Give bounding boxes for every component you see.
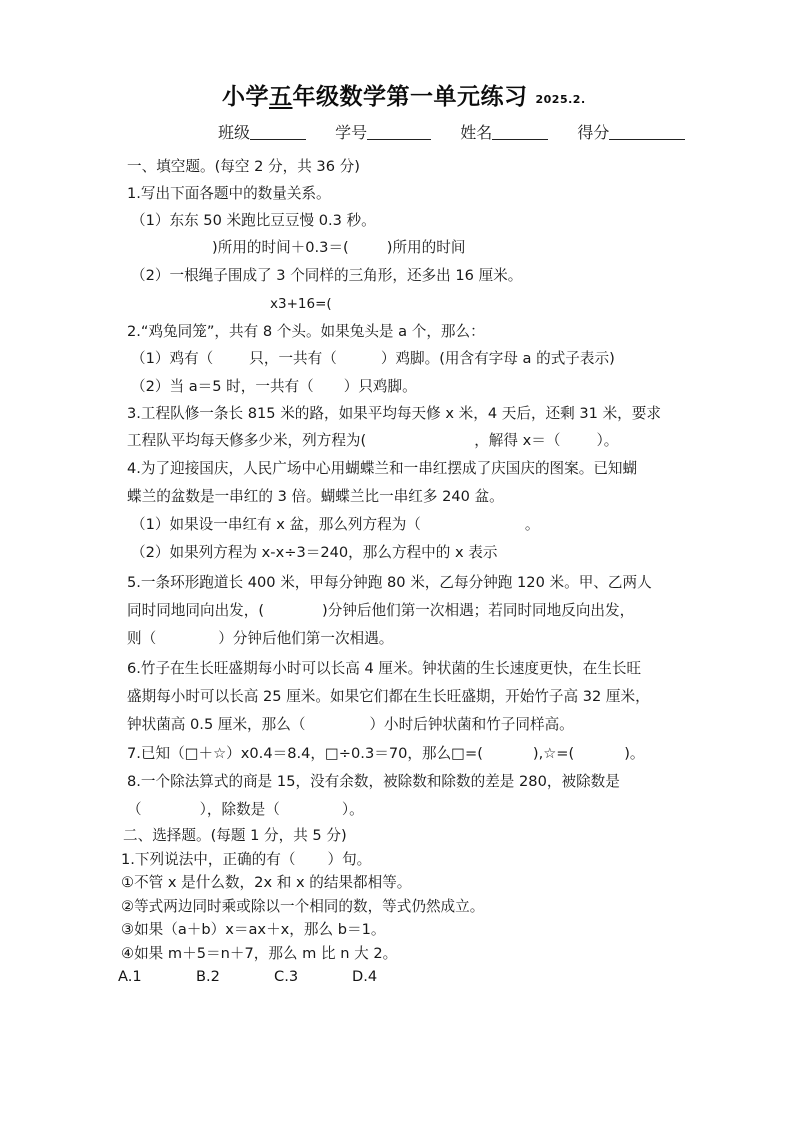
- statement-1: ①不管 x 是什么数，2x 和 x 的结果都相等。: [121, 873, 411, 893]
- title-part: 年级数学第一单元练习: [293, 84, 528, 110]
- q2-sub1: （1）鸡有（只，一共有（）鸡脚。(用含有字母 a 的式子表示): [131, 349, 615, 369]
- score-field[interactable]: 得分: [577, 120, 685, 143]
- text-part: 。: [525, 516, 540, 533]
- option-c[interactable]: C.3: [274, 968, 352, 985]
- q3-line2: 工程队平均每天修多少米，列方程为(，解得 x＝（）。: [127, 431, 618, 451]
- q8-line1: 8.一个除法算式的商是 15，没有余数，被除数和除数的差是 280，被除数是: [127, 772, 620, 792]
- text-part: （1）如果设一串红有 x 盆，那么列方程为（: [131, 516, 421, 533]
- q6-line2: 盛期每小时可以长高 25 厘米。如果它们都在生长旺盛期，开始竹子高 32 厘米，: [127, 687, 650, 707]
- page-title: 小学五年级数学第一单元练习2025.2.: [222, 78, 586, 111]
- text-part: 只，一共有（: [249, 350, 337, 367]
- text-part: ）小时后钟状菌和竹子同样高。: [369, 716, 573, 733]
- q4-line2: 蝶兰的盆数是一串红的 3 倍。蝴蝶兰比一串红多 240 盆。: [127, 487, 504, 507]
- q1-sub2: （2）一根绳子围成了 3 个同样的三角形，还多出 16 厘米。: [131, 266, 522, 286]
- text-part: 钟状菌高 0.5 厘米，那么（: [127, 716, 305, 733]
- text-part: ，解得 x＝（: [474, 432, 560, 449]
- student-number-field[interactable]: 学号: [335, 120, 431, 143]
- field-label: 得分: [577, 123, 609, 142]
- q8-line2: （），除数是（）。: [127, 800, 364, 820]
- text-part: （: [127, 801, 142, 818]
- choice-options: A.1B.2C.3D.4: [118, 968, 430, 985]
- q1-sub1: （1）东东 50 米跑比豆豆慢 0.3 秒。: [131, 211, 376, 231]
- text-part: （2）当 a＝5 时，一共有（: [131, 378, 314, 395]
- q6-line1: 6.竹子在生长旺盛期每小时可以长高 4 厘米。钟状菌的生长速度更快，在生长旺: [127, 659, 641, 679]
- text-part: 则（: [127, 630, 156, 647]
- text-part: ),☆=(: [533, 745, 574, 762]
- statement-3: ③如果（a＋b）x＝ax＋x，那么 b＝1。: [121, 920, 385, 940]
- student-info-row: 班级 学号 姓名 得分: [218, 120, 709, 143]
- q1-text: 1.写出下面各题中的数量关系。: [127, 184, 331, 204]
- text-part: ）。: [596, 432, 618, 449]
- name-blank[interactable]: [492, 125, 548, 140]
- q3-line1: 3.工程队修一条长 815 米的路，如果平均每天修 x 米，4 天后，还剩 31…: [127, 404, 661, 424]
- student-number-blank[interactable]: [367, 125, 431, 140]
- text-part: ）鸡脚。(用含有字母 a 的式子表示): [381, 350, 615, 367]
- q5-line2: 同时同地同向出发，()分钟后他们第一次相遇；若同时同地反向出发，: [127, 601, 634, 621]
- text-part: 同时同地同向出发，(: [127, 602, 264, 619]
- title-part: 小学: [222, 84, 269, 110]
- statement-2: ②等式两边同时乘或除以一个相同的数，等式仍然成立。: [121, 897, 484, 917]
- q1-sub1-equation: )所用的时间＋0.3＝()所用的时间: [212, 238, 465, 258]
- field-label: 学号: [335, 123, 367, 142]
- text-part: （1）鸡有（: [131, 350, 213, 367]
- q2-sub2: （2）当 a＝5 时，一共有（）只鸡脚。: [131, 377, 417, 397]
- title-grade: 五: [269, 84, 293, 110]
- text-part: ）分钟后他们第一次相遇。: [218, 630, 393, 647]
- field-label: 班级: [218, 123, 250, 142]
- text-part: ），除数是（: [200, 801, 280, 818]
- text-part: )。: [624, 745, 644, 762]
- q4-sub2: （2）如果列方程为 x-x÷3＝240，那么方程中的 x 表示: [131, 543, 497, 563]
- s2-q1-text: 1.下列说法中，正确的有（）句。: [121, 850, 371, 870]
- equation-part: )所用的时间: [387, 239, 466, 256]
- q5-line1: 5.一条环形跑道长 400 米，甲每分钟跑 80 米，乙每分钟跑 120 米。甲…: [127, 573, 652, 593]
- field-label: 姓名: [460, 123, 492, 142]
- text-part: ）只鸡脚。: [344, 378, 417, 395]
- text-part: ）句。: [327, 851, 371, 868]
- q4-sub1: （1）如果设一串红有 x 盆，那么列方程为（。: [131, 515, 540, 535]
- class-blank[interactable]: [250, 125, 306, 140]
- q1-sub2-equation: x3+16=(: [270, 294, 332, 314]
- q4-line1: 4.为了迎接国庆，人民广场中心用蝴蝶兰和一串红摆成了庆国庆的图案。已知蝴: [127, 459, 637, 479]
- q5-line3: 则（）分钟后他们第一次相遇。: [127, 629, 393, 649]
- text-part: ）。: [342, 801, 364, 818]
- section1-heading: 一、填空题。(每空 2 分，共 36 分): [127, 157, 360, 177]
- q2-text: 2.“鸡兔同笼”，共有 8 个头。如果兔头是 a 个，那么：: [127, 322, 485, 342]
- text-part: 1.下列说法中，正确的有（: [121, 851, 295, 868]
- q7-line: 7.已知（□＋☆）x0.4＝8.4，□÷0.3＝70，那么□=(),☆=()。: [127, 744, 645, 764]
- class-field[interactable]: 班级: [218, 120, 306, 143]
- name-field[interactable]: 姓名: [460, 120, 548, 143]
- option-d[interactable]: D.4: [352, 968, 430, 985]
- text-part: )分钟后他们第一次相遇；若同时同地反向出发，: [322, 602, 634, 619]
- text-part: 工程队平均每天修多少米，列方程为(: [127, 432, 366, 449]
- section2-heading: 二、选择题。(每题 1 分，共 5 分): [123, 826, 347, 846]
- score-blank[interactable]: [609, 125, 685, 140]
- text-part: 7.已知（□＋☆）x0.4＝8.4，□÷0.3＝70，那么□=(: [127, 745, 483, 762]
- option-a[interactable]: A.1: [118, 968, 196, 985]
- date-label: 2025.2.: [536, 93, 586, 106]
- option-b[interactable]: B.2: [196, 968, 274, 985]
- worksheet-page: 小学五年级数学第一单元练习2025.2. 班级 学号 姓名 得分 一、填空题。(…: [0, 0, 800, 1132]
- equation-part: )所用的时间＋0.3＝(: [212, 239, 349, 256]
- statement-4: ④如果 m＋5＝n＋7，那么 m 比 n 大 2。: [121, 944, 397, 964]
- q6-line3: 钟状菌高 0.5 厘米，那么（）小时后钟状菌和竹子同样高。: [127, 715, 574, 735]
